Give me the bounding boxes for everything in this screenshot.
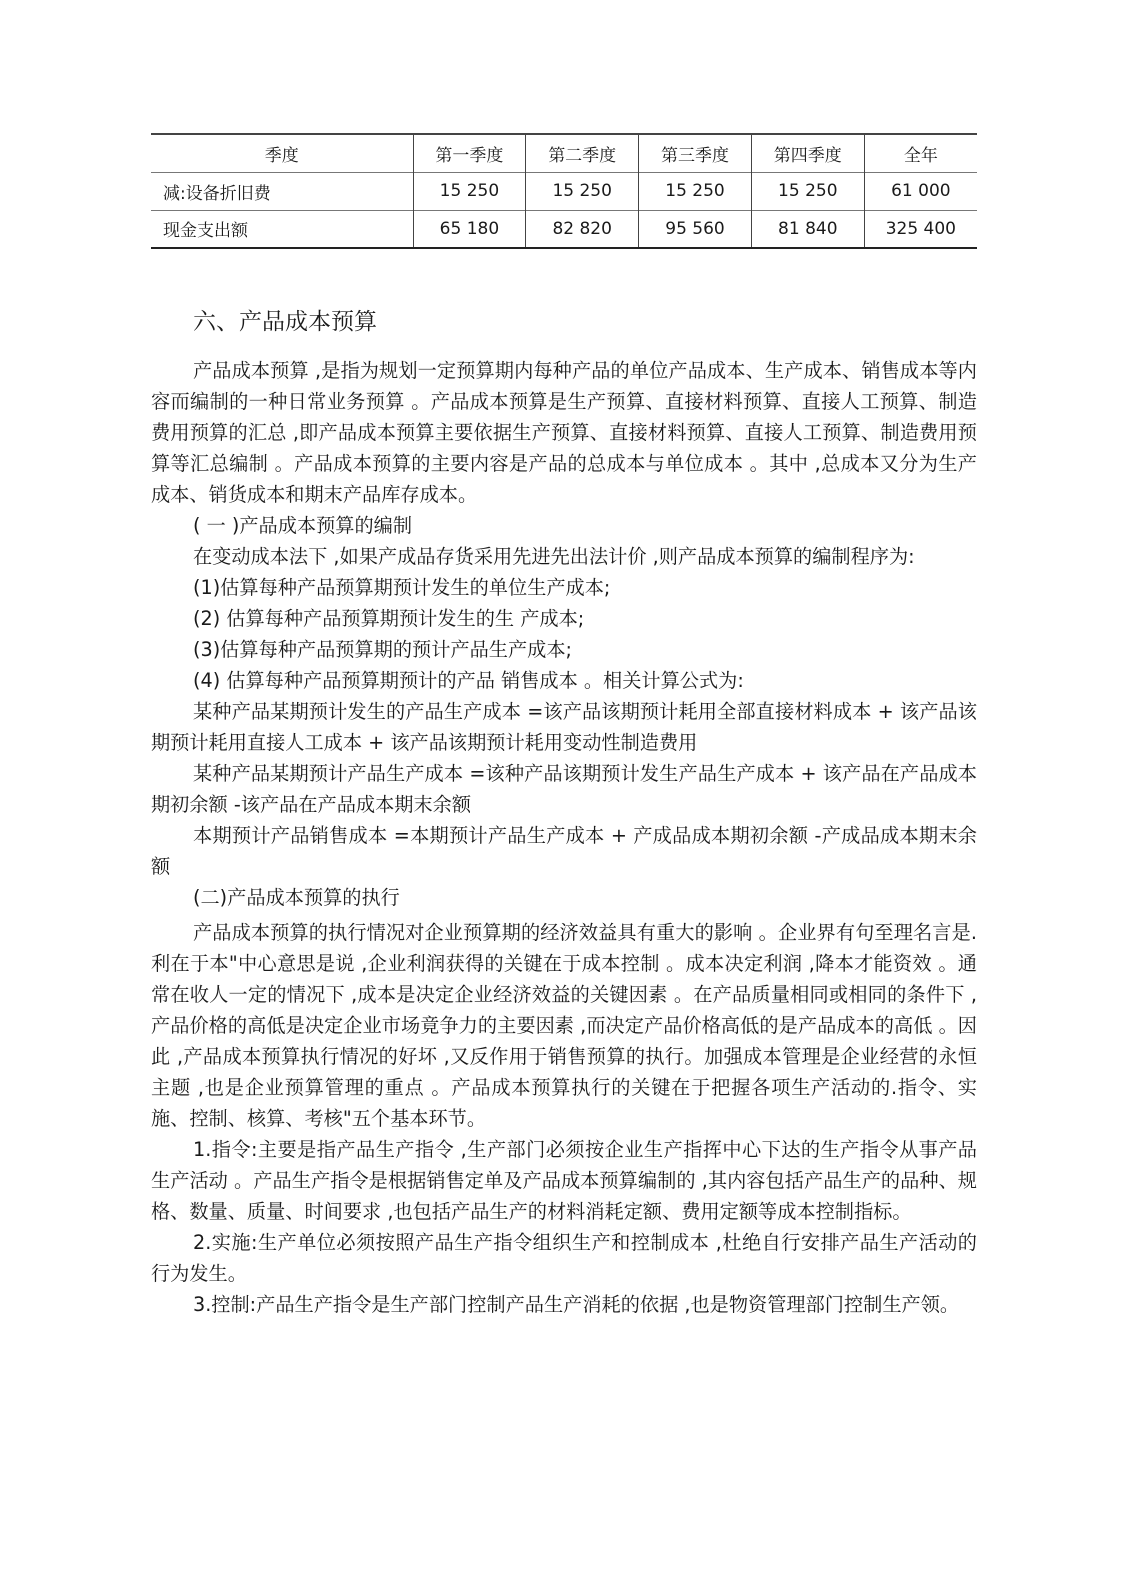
row-label: 现金支出额 [151,210,413,248]
table-header-row: 季度 第一季度 第二季度 第三季度 第四季度 全年 [151,134,977,172]
cell-value: 15 250 [413,172,526,210]
formula: 某种产品某期预计发生的产品生产成本 =该产品该期预计耗用全部直接材料成本 + 该… [151,696,977,758]
table-row: 减:设备折旧费 15 250 15 250 15 250 15 250 61 0… [151,172,977,210]
execution-item: 3.控制:产品生产指令是生产部门控制产品生产消耗的依据 ,也是物资管理部门控制生… [151,1289,977,1320]
procedure-step: (1)估算每种产品预算期预计发生的单位生产成本; [151,572,977,603]
header-q3: 第三季度 [639,134,752,172]
procedure-step: (3)估算每种产品预算期的预计产品生产成本; [151,634,977,665]
cell-value: 61 000 [864,172,977,210]
header-full-year: 全年 [864,134,977,172]
section-heading: 六、产品成本预算 [193,306,377,338]
execution-item: 2.实施:生产单位必须按照产品生产指令组织生产和控制成本 ,杜绝自行安排产品生产… [151,1227,977,1289]
cell-value: 325 400 [864,210,977,248]
formula: 本期预计产品销售成本 =本期预计产品生产成本 + 产成品成本期初余额 -产成品成… [151,820,977,882]
intro-paragraph: 产品成本预算 ,是指为规划一定预算期内每种产品的单位产品成本、生产成本、销售成本… [151,355,977,510]
header-q4: 第四季度 [751,134,864,172]
procedure-lead: 在变动成本法下 ,如果产成品存货采用先进先出法计价 ,则产品成本预算的编制程序为… [151,541,977,572]
table-row: 现金支出额 65 180 82 820 95 560 81 840 325 40… [151,210,977,248]
subsection-heading-1: ( 一 )产品成本预算的编制 [151,510,977,541]
subsection-heading-2: (二)产品成本预算的执行 [151,882,977,913]
cell-value: 65 180 [413,210,526,248]
header-q2: 第二季度 [526,134,639,172]
formula: 某种产品某期预计产品生产成本 =该种产品该期预计发生产品生产成本 + 该产品在产… [151,758,977,820]
execution-paragraph: 产品成本预算的执行情况对企业预算期的经济效益具有重大的影响 。企业界有句至理名言… [151,917,977,1134]
cell-value: 15 250 [751,172,864,210]
execution-item: 1.指令:主要是指产品生产指令 ,生产部门必须按企业生产指挥中心下达的生产指令从… [151,1134,977,1227]
cell-value: 15 250 [526,172,639,210]
header-quarter: 季度 [151,134,413,172]
header-q1: 第一季度 [413,134,526,172]
cell-value: 81 840 [751,210,864,248]
cell-value: 95 560 [639,210,752,248]
procedure-step: (4) 估算每种产品预算期预计的产品 销售成本 。相关计算公式为: [151,665,977,696]
cash-expenditure-table: 季度 第一季度 第二季度 第三季度 第四季度 全年 减:设备折旧费 15 250… [151,133,977,249]
row-label: 减:设备折旧费 [151,172,413,210]
cell-value: 82 820 [526,210,639,248]
section-body: 产品成本预算 ,是指为规划一定预算期内每种产品的单位产品成本、生产成本、销售成本… [151,355,977,1320]
procedure-step: (2) 估算每种产品预算期预计发生的生 产成本; [151,603,977,634]
cell-value: 15 250 [639,172,752,210]
